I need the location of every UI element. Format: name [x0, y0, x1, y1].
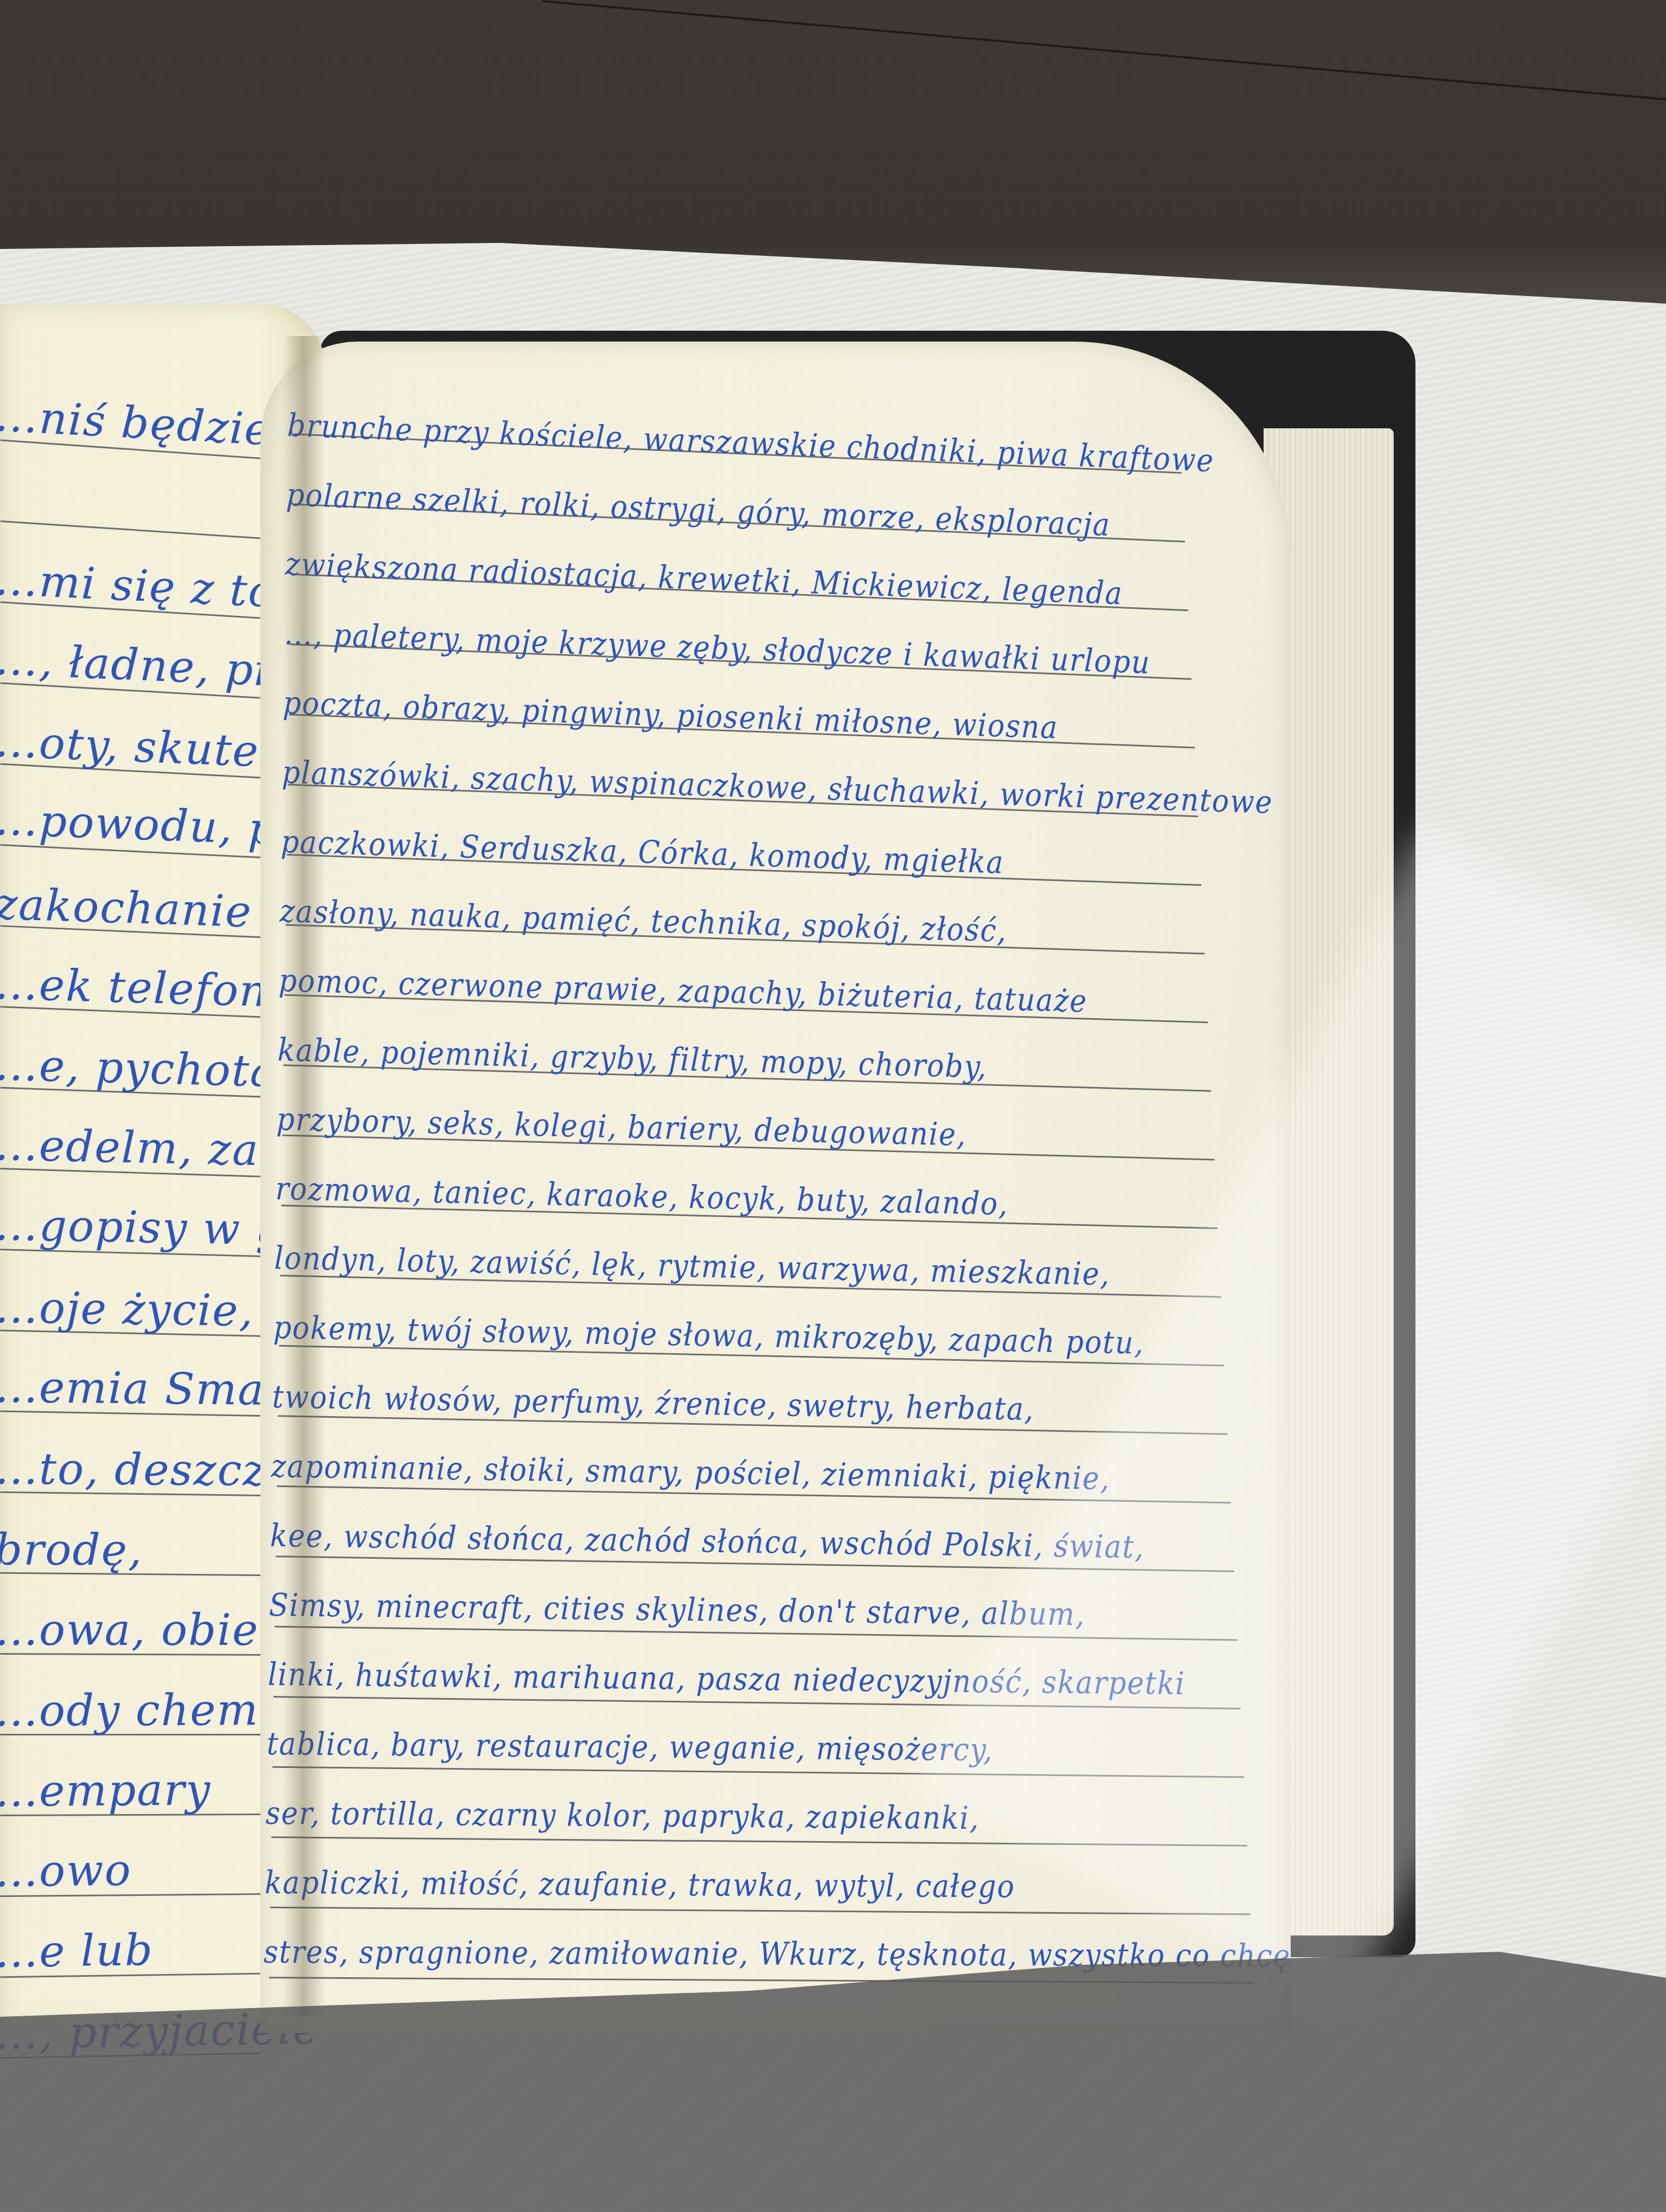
handwritten-line: …, paletery, moje krzywe zęby, słodycze …	[284, 615, 1151, 681]
handwritten-line: brunchе przy kościele, warszawskie chodn…	[287, 407, 1215, 479]
handwritten-line: planszówki, szachy, wspinaczkowe, słucha…	[281, 754, 1273, 821]
handwritten-line: ser, tortilla, czarny kolor, papryka, za…	[266, 1795, 980, 1836]
handwritten-line: zakochanie	[0, 879, 253, 937]
handwritten-line: …oje życie,	[0, 1282, 254, 1336]
handwritten-line: …e, pychota,	[0, 1039, 292, 1097]
handwritten-line: …e lub	[0, 1925, 154, 1977]
handwritten-line: pomoc, czerwone prawie, zapachy, biżuter…	[278, 962, 1088, 1020]
handwritten-line: zapominanie, słoiki, smary, pościel, zie…	[271, 1448, 1110, 1497]
handwritten-line: …to, deszcz	[0, 1443, 267, 1496]
ruled-line	[0, 520, 301, 542]
notebook-gutter	[282, 336, 325, 2017]
handwritten-line: zasłony, nauka, pamięć, technika, spokój…	[279, 892, 1008, 949]
handwritten-line: tablica, bary, restauracje, weganie, mię…	[267, 1725, 994, 1768]
handwritten-line: pokemy, twój słowy, moje słowa, mikrozęb…	[273, 1309, 1144, 1361]
handwritten-line: rozmowa, taniec, karaoke, kocyk, buty, z…	[275, 1170, 1009, 1223]
handwritten-line: zwiększona radiostacja, krewetki, Mickie…	[285, 545, 1124, 612]
handwritten-line: brodę,	[0, 1525, 143, 1576]
handwritten-line: paczkowki, Serduszka, Córka, komody, mgi…	[280, 823, 1005, 881]
handwritten-line: …empary	[0, 1765, 212, 1817]
handwritten-line: poczta, obrazy, pingwiny, piosenki miłos…	[283, 684, 1059, 746]
handwritten-line: kable, pojemniki, grzyby, filtry, mopy, …	[277, 1031, 988, 1085]
handwritten-line: …owo	[0, 1845, 132, 1897]
handwritten-line: polarne szelki, rolki, ostrygi, góry, mo…	[286, 476, 1111, 543]
handwritten-line: przybory, seks, kolegi, bariery, debugow…	[276, 1101, 967, 1153]
ruled-line	[270, 1907, 1251, 1915]
handwritten-line: Simsy, minecraft, cities skylines, don't…	[269, 1586, 1086, 1633]
handwritten-line: kapliczki, miłość, zaufanie, trawka, wyt…	[265, 1864, 1015, 1905]
open-notebook: …niś będzie pełny…mi się z tobą…, ładne,…	[0, 0, 1666, 2212]
handwritten-line: twoich włosów, perfumy, źrenice, swetry,…	[272, 1378, 1034, 1427]
